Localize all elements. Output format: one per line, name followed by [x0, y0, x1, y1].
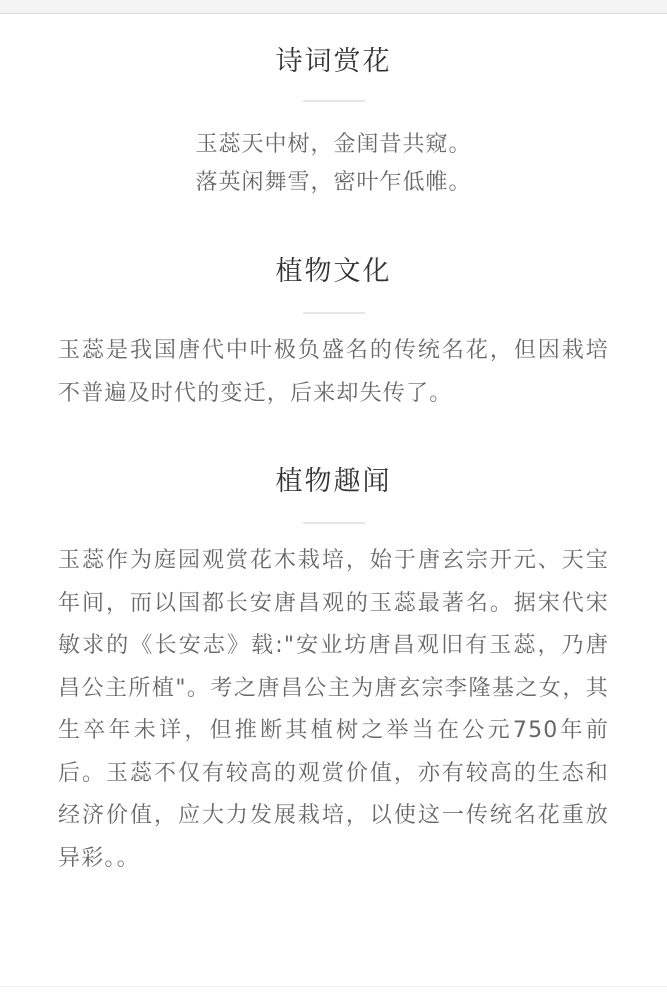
- section-title-poetry: 诗词赏花: [0, 44, 667, 80]
- poem-line-2: 落英闲舞雪，密叶乍低帷。: [0, 164, 667, 202]
- anecdote-paragraph: 玉蕊作为庭园观赏花木栽培，始于唐玄宗开元、天宝年间，而以国都长安唐昌观的玉蕊最著…: [0, 540, 667, 880]
- poem-line-1: 玉蕊天中树，金闺昔共窥。: [0, 126, 667, 164]
- section-anecdote: 植物趣闻 玉蕊作为庭园观赏花木栽培，始于唐玄宗开元、天宝年间，而以国都长安唐昌观…: [0, 464, 667, 880]
- title-divider: [303, 312, 365, 314]
- poem: 玉蕊天中树，金闺昔共窥。 落英闲舞雪，密叶乍低帷。: [0, 126, 667, 202]
- section-poetry: 诗词赏花 玉蕊天中树，金闺昔共窥。 落英闲舞雪，密叶乍低帷。: [0, 44, 667, 202]
- section-title-culture: 植物文化: [0, 254, 667, 290]
- culture-paragraph: 玉蕊是我国唐代中叶极负盛名的传统名花，但因栽培不普遍及时代的变迁，后来却失传了。: [0, 330, 667, 415]
- title-divider: [303, 100, 365, 102]
- top-bar: [0, 0, 667, 14]
- section-culture: 植物文化 玉蕊是我国唐代中叶极负盛名的传统名花，但因栽培不普遍及时代的变迁，后来…: [0, 254, 667, 415]
- title-divider: [303, 522, 365, 524]
- section-title-anecdote: 植物趣闻: [0, 464, 667, 500]
- bottom-divider: [0, 986, 667, 987]
